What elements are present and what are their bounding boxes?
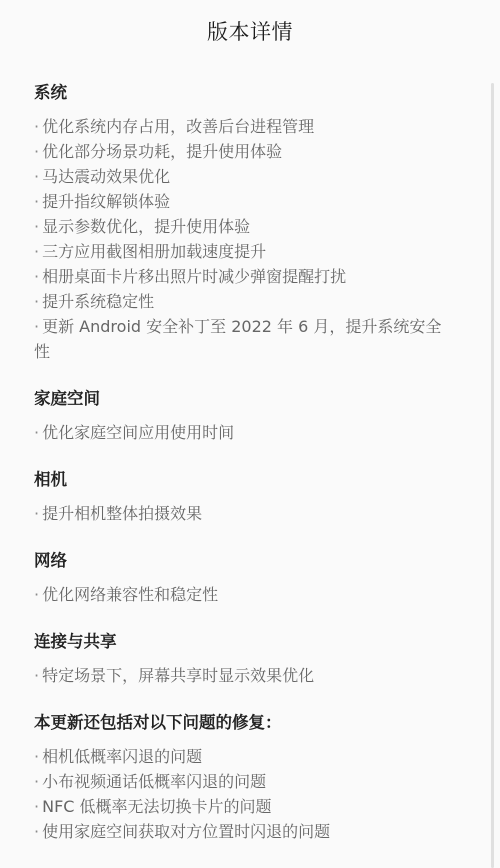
page-title: 版本详情 <box>0 14 500 50</box>
list-item: ·三方应用截图相册加载速度提升 <box>34 239 452 264</box>
section-heading: 网络 <box>34 548 452 574</box>
bullet-icon: · <box>34 167 39 186</box>
section-network: 网络 ·优化网络兼容性和稳定性 <box>34 548 452 607</box>
item-text: NFC 低概率无法切换卡片的问题 <box>42 797 271 816</box>
item-list: ·相机低概率闪退的问题 ·小布视频通话低概率闪退的问题 ·NFC 低概率无法切换… <box>34 744 452 844</box>
section-heading: 系统 <box>34 80 452 106</box>
item-text: 提升系统稳定性 <box>42 292 154 311</box>
item-text: 使用家庭空间获取对方位置时闪退的问题 <box>42 822 330 841</box>
item-text: 显示参数优化，提升使用体验 <box>42 217 250 236</box>
list-item: ·马达震动效果优化 <box>34 164 452 189</box>
item-text: 优化系统内存占用，改善后台进程管理 <box>42 117 314 136</box>
list-item: ·优化网络兼容性和稳定性 <box>34 582 452 607</box>
item-text: 特定场景下，屏幕共享时显示效果优化 <box>42 666 314 685</box>
bullet-icon: · <box>34 117 39 136</box>
item-list: ·提升相机整体拍摄效果 <box>34 501 452 526</box>
bullet-icon: · <box>34 585 39 604</box>
item-text: 更新 Android 安全补丁至 2022 年 6 月，提升系统安全性 <box>34 317 441 361</box>
list-item: ·特定场景下，屏幕共享时显示效果优化 <box>34 663 452 688</box>
list-item: ·优化部分场景功耗，提升使用体验 <box>34 139 452 164</box>
item-list: ·优化家庭空间应用使用时间 <box>34 420 452 445</box>
item-text: 优化部分场景功耗，提升使用体验 <box>42 142 282 161</box>
bullet-icon: · <box>34 142 39 161</box>
bullet-icon: · <box>34 822 39 841</box>
item-text: 马达震动效果优化 <box>42 167 170 186</box>
list-item: ·相机低概率闪退的问题 <box>34 744 452 769</box>
section-family-space: 家庭空间 ·优化家庭空间应用使用时间 <box>34 386 452 445</box>
item-text: 优化网络兼容性和稳定性 <box>42 585 218 604</box>
section-connect-share: 连接与共享 ·特定场景下，屏幕共享时显示效果优化 <box>34 629 452 688</box>
section-heading: 家庭空间 <box>34 386 452 412</box>
list-item: ·使用家庭空间获取对方位置时闪退的问题 <box>34 819 452 844</box>
vertical-scrollbar[interactable] <box>491 83 494 868</box>
bullet-icon: · <box>34 242 39 261</box>
list-item: ·提升系统稳定性 <box>34 289 452 314</box>
list-item: ·NFC 低概率无法切换卡片的问题 <box>34 794 452 819</box>
version-details-page: 版本详情 系统 ·优化系统内存占用，改善后台进程管理 ·优化部分场景功耗，提升使… <box>0 0 500 868</box>
item-text: 相机低概率闪退的问题 <box>42 747 202 766</box>
item-text: 提升相机整体拍摄效果 <box>42 504 202 523</box>
section-bug-fixes: 本更新还包括对以下问题的修复： ·相机低概率闪退的问题 ·小布视频通话低概率闪退… <box>34 710 452 844</box>
bullet-icon: · <box>34 192 39 211</box>
item-text: 小布视频通话低概率闪退的问题 <box>42 772 266 791</box>
item-text: 三方应用截图相册加载速度提升 <box>42 242 266 261</box>
bullet-icon: · <box>34 267 39 286</box>
list-item: ·相册桌面卡片移出照片时减少弹窗提醒打扰 <box>34 264 452 289</box>
section-camera: 相机 ·提升相机整体拍摄效果 <box>34 467 452 526</box>
item-text: 相册桌面卡片移出照片时减少弹窗提醒打扰 <box>42 267 346 286</box>
bullet-icon: · <box>34 666 39 685</box>
section-heading: 相机 <box>34 467 452 493</box>
list-item: ·提升指纹解锁体验 <box>34 189 452 214</box>
release-notes-content: 系统 ·优化系统内存占用，改善后台进程管理 ·优化部分场景功耗，提升使用体验 ·… <box>34 80 452 866</box>
list-item: ·显示参数优化，提升使用体验 <box>34 214 452 239</box>
list-item: ·优化家庭空间应用使用时间 <box>34 420 452 445</box>
item-text: 提升指纹解锁体验 <box>42 192 170 211</box>
item-list: ·优化网络兼容性和稳定性 <box>34 582 452 607</box>
list-item: ·优化系统内存占用，改善后台进程管理 <box>34 114 452 139</box>
bullet-icon: · <box>34 423 39 442</box>
section-system: 系统 ·优化系统内存占用，改善后台进程管理 ·优化部分场景功耗，提升使用体验 ·… <box>34 80 452 364</box>
item-text: 优化家庭空间应用使用时间 <box>42 423 234 442</box>
bullet-icon: · <box>34 292 39 311</box>
list-item: ·提升相机整体拍摄效果 <box>34 501 452 526</box>
list-item: ·小布视频通话低概率闪退的问题 <box>34 769 452 794</box>
item-list: ·优化系统内存占用，改善后台进程管理 ·优化部分场景功耗，提升使用体验 ·马达震… <box>34 114 452 364</box>
bullet-icon: · <box>34 747 39 766</box>
item-list: ·特定场景下，屏幕共享时显示效果优化 <box>34 663 452 688</box>
section-heading: 本更新还包括对以下问题的修复： <box>34 710 452 736</box>
bullet-icon: · <box>34 217 39 236</box>
list-item: ·更新 Android 安全补丁至 2022 年 6 月，提升系统安全性 <box>34 314 452 364</box>
bullet-icon: · <box>34 317 39 336</box>
section-heading: 连接与共享 <box>34 629 452 655</box>
bullet-icon: · <box>34 772 39 791</box>
bullet-icon: · <box>34 797 39 816</box>
bullet-icon: · <box>34 504 39 523</box>
